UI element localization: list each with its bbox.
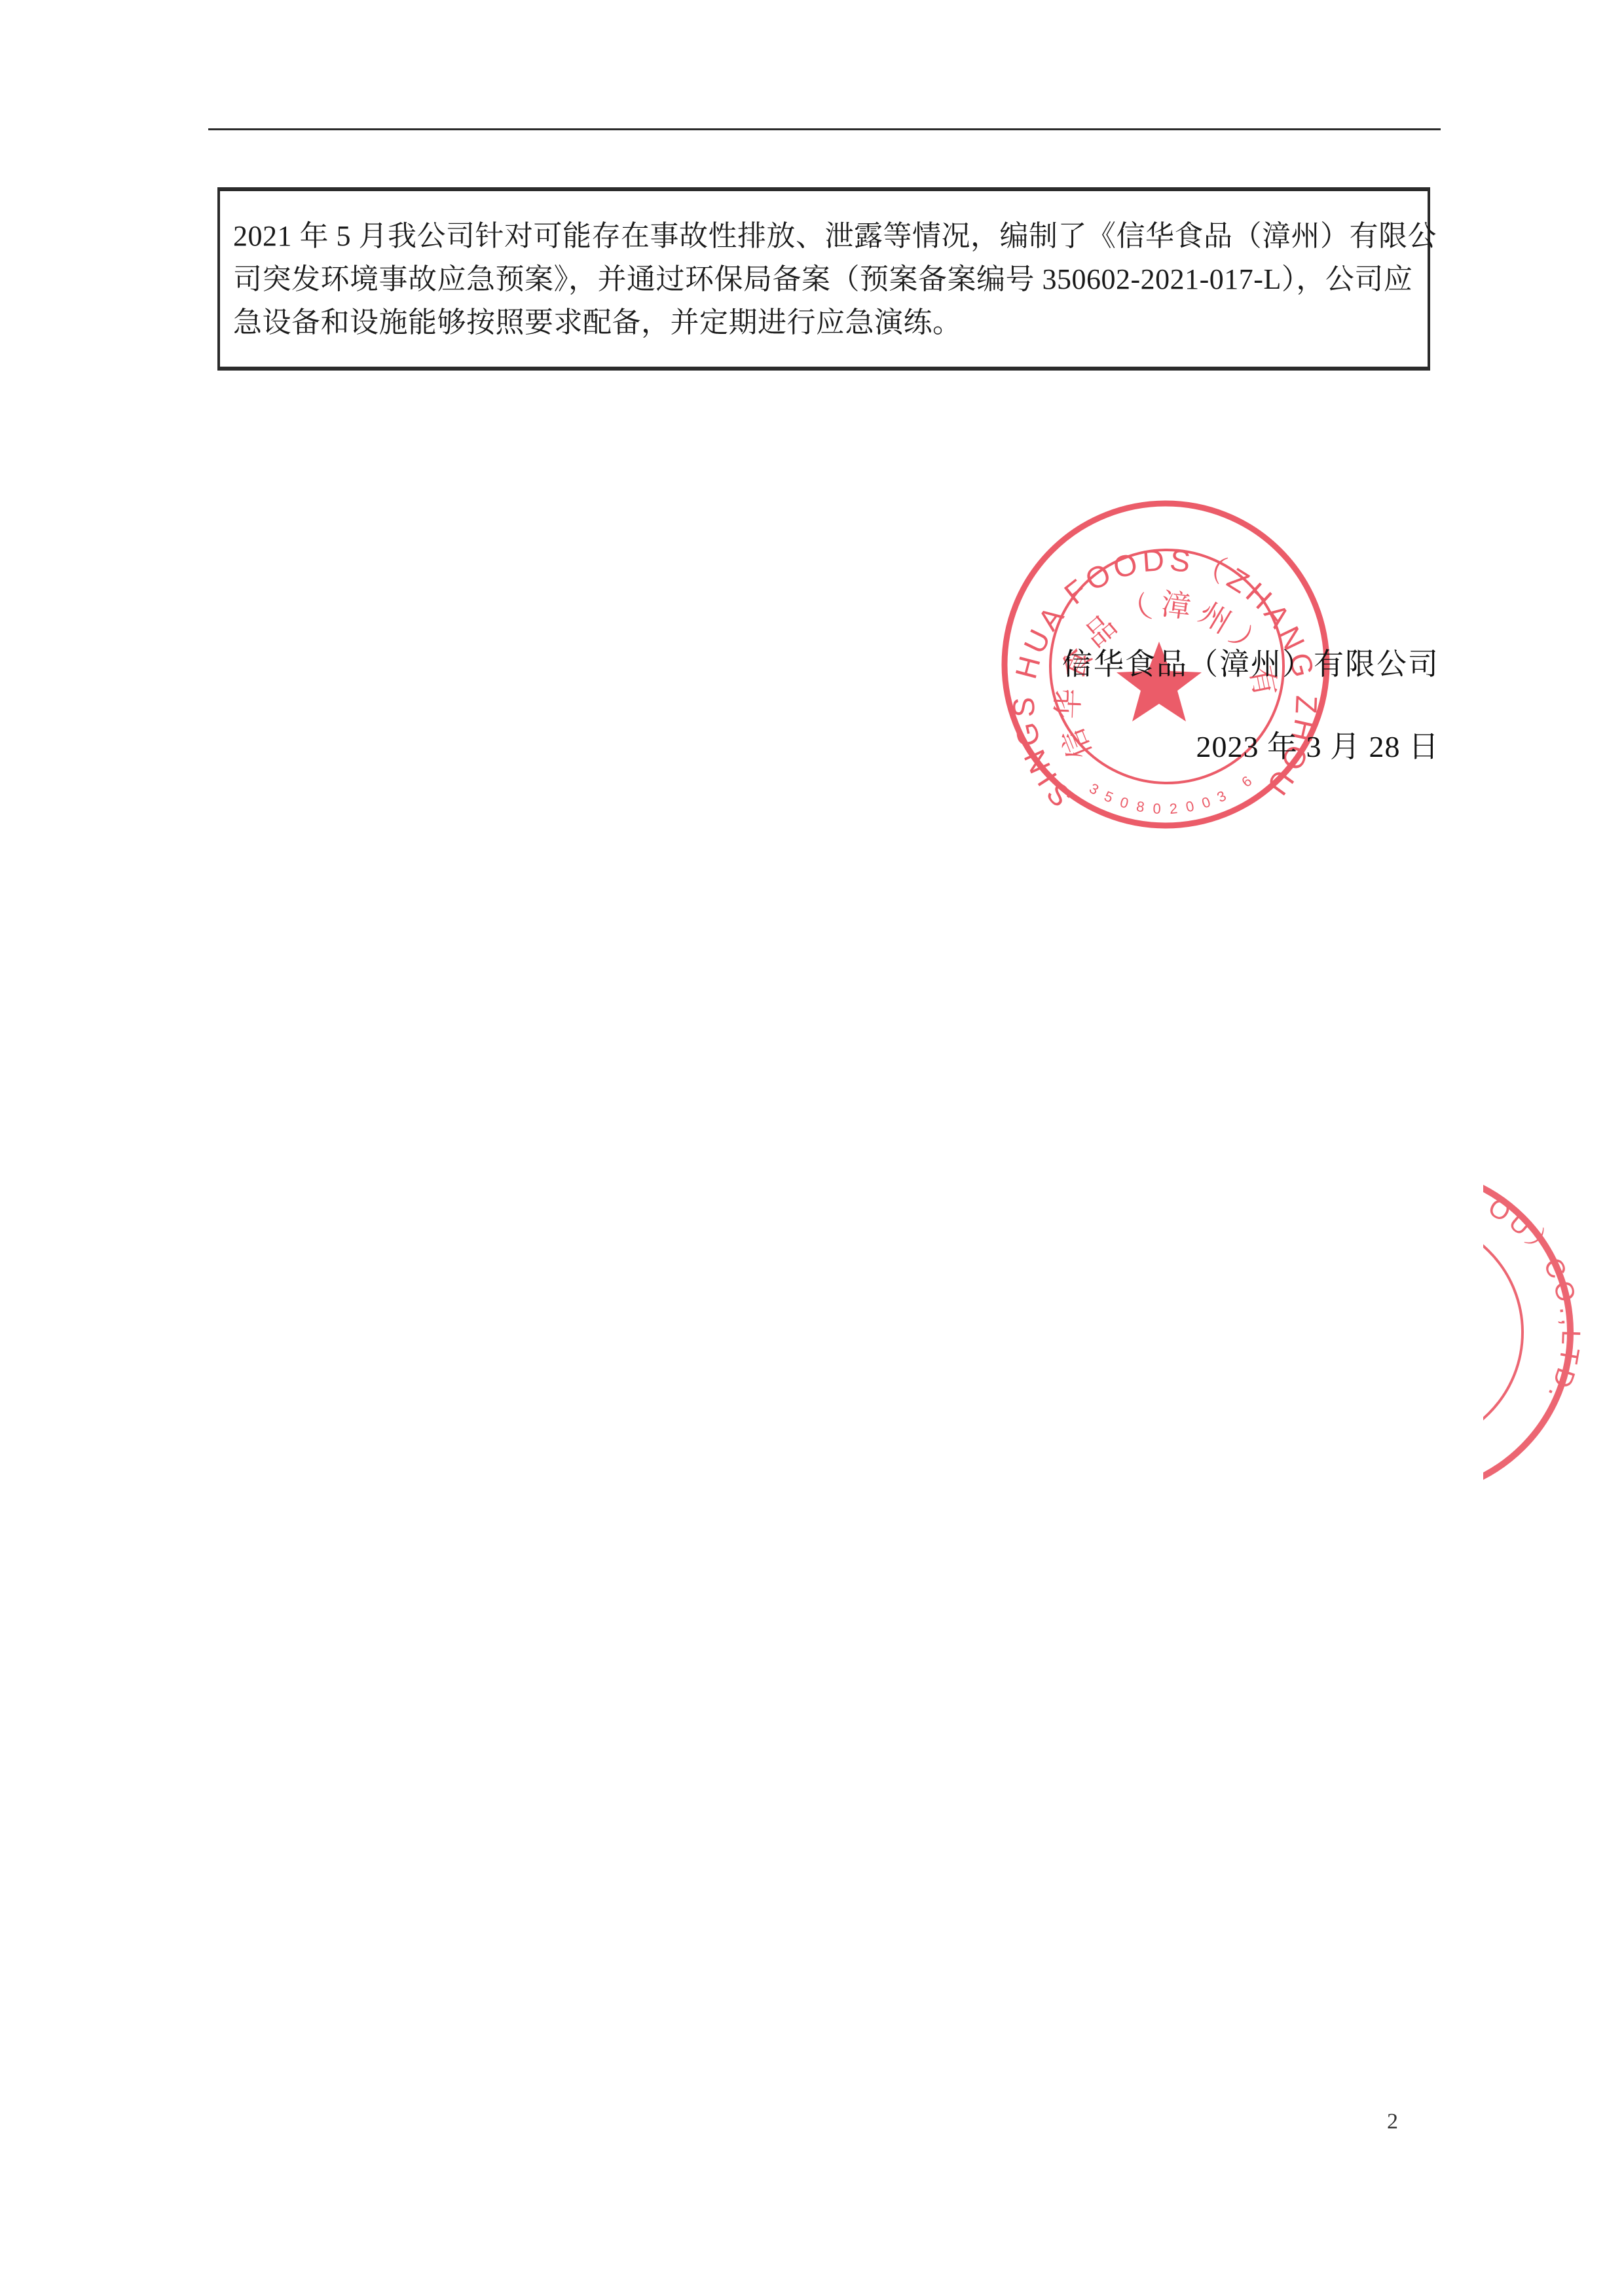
signature-company: 信华食品（漳州）有限公司 — [1062, 640, 1439, 683]
statement-text: 2021 年 5 月我公司针对可能存在事故性排放、泄露等情况，编制了《信华食品（… — [233, 215, 1412, 344]
statement-line: 急设备和设施能够按照要求配备，并定期进行应急演练。 — [233, 301, 1412, 344]
cross-page-seal: OU）CO.,LTD. — [1483, 1178, 1624, 1493]
statement-line: 司突发环境事故应急预案》，并通过环保局备案（预案备案编号 350602-2021… — [233, 258, 1412, 301]
seal-edge-icon: OU）CO.,LTD. — [1483, 1178, 1624, 1493]
header-rule — [208, 128, 1441, 130]
svg-text:OU）CO.,LTD.: OU）CO.,LTD. — [1483, 1192, 1585, 1408]
page-number: 2 — [1387, 2109, 1398, 2134]
statement-box: 2021 年 5 月我公司针对可能存在事故性排放、泄露等情况，编制了《信华食品（… — [217, 187, 1430, 371]
signature-date: 2023 年 3 月 28 日 — [1196, 723, 1440, 766]
statement-line: 2021 年 5 月我公司针对可能存在事故性排放、泄露等情况，编制了《信华食品（… — [233, 215, 1412, 258]
